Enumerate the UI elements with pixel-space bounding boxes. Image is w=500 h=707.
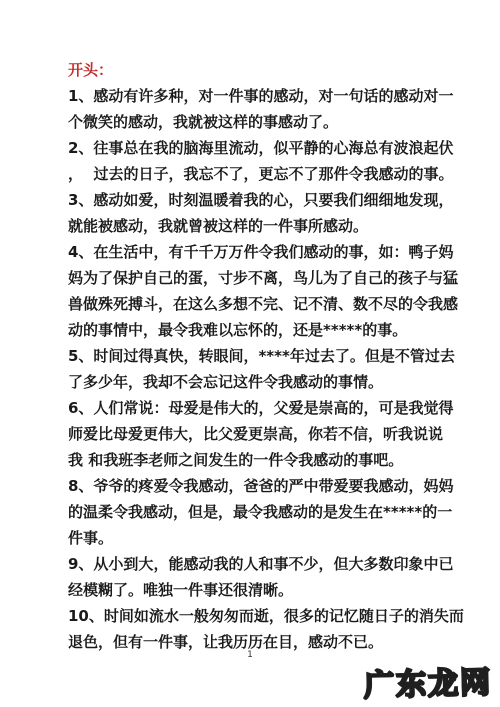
doc-line: 3、感动如爱，时刻温暖着我的心，只要我们细细地发现， [68,187,462,213]
doc-line: 师爱比母爱更伟大，比父爱更崇高，你若不信，听我说说 [68,421,462,447]
doc-line: 妈为了保护自己的蛋，寸步不离，鸟儿为了自己的孩子与猛 [68,265,462,291]
doc-line: 的温柔令我感动，但是，最令我感动的是发生在*****的一 [68,499,462,525]
doc-line: 兽做殊死搏斗，在这么多想不完、记不清、数不尽的令我感 [68,291,462,317]
site-watermark: 广东龙网 [363,657,492,704]
doc-line: 我 和我班李老师之间发生的一件令我感动的事吧。 [68,447,462,473]
doc-line: 4、在生活中，有千千万万件令我们感动的事，如：鸭子妈 [68,239,462,265]
doc-line: 8、爷爷的疼爱令我感动，爸爸的严中带爱要我感动，妈妈 [68,473,462,499]
section-heading: 开头： [68,57,462,83]
doc-line: 动的事情中，最令我难以忘怀的，还是*****的事。 [68,317,462,343]
doc-line: 1、感动有许多种，对一件事的感动，对一句话的感动对一 [68,83,462,109]
paragraph-lines: 1、感动有许多种，对一件事的感动，对一句话的感动对一个微笑的感动，我就被这样的事… [68,83,462,655]
doc-line: ， 过去的日子，我忘不了，更忘不了那件令我感动的事。 [68,161,462,187]
doc-line: 就能被感动，我就曾被这样的一件事所感动。 [68,213,462,239]
doc-line: 件事。 [68,525,462,551]
doc-line: 9、从小到大，能感动我的人和事不少，但大多数印象中已 [68,551,462,577]
doc-line: 6、人们常说：母爱是伟大的，父爱是崇高的，可是我觉得 [68,395,462,421]
doc-line: 5、时间过得真快，转眼间，****年过去了。但是不管过去 [68,343,462,369]
doc-line: 个微笑的感动，我就被这样的事感动了。 [68,109,462,135]
doc-line: 经模糊了。唯独一件事还很清晰。 [68,577,462,603]
doc-line: 10、时间如流水一般匆匆而逝，很多的记忆随日子的消失而 [68,603,462,629]
document-body: 开头： 1、感动有许多种，对一件事的感动，对一句话的感动对一个微笑的感动，我就被… [68,57,462,655]
doc-line: 了多少年，我却不会忘记这件令我感动的事情。 [68,369,462,395]
document-page: 开头： 1、感动有许多种，对一件事的感动，对一句话的感动对一个微笑的感动，我就被… [0,0,500,707]
doc-line: 2、往事总在我的脑海里流动，似平静的心海总有波浪起伏 [68,135,462,161]
